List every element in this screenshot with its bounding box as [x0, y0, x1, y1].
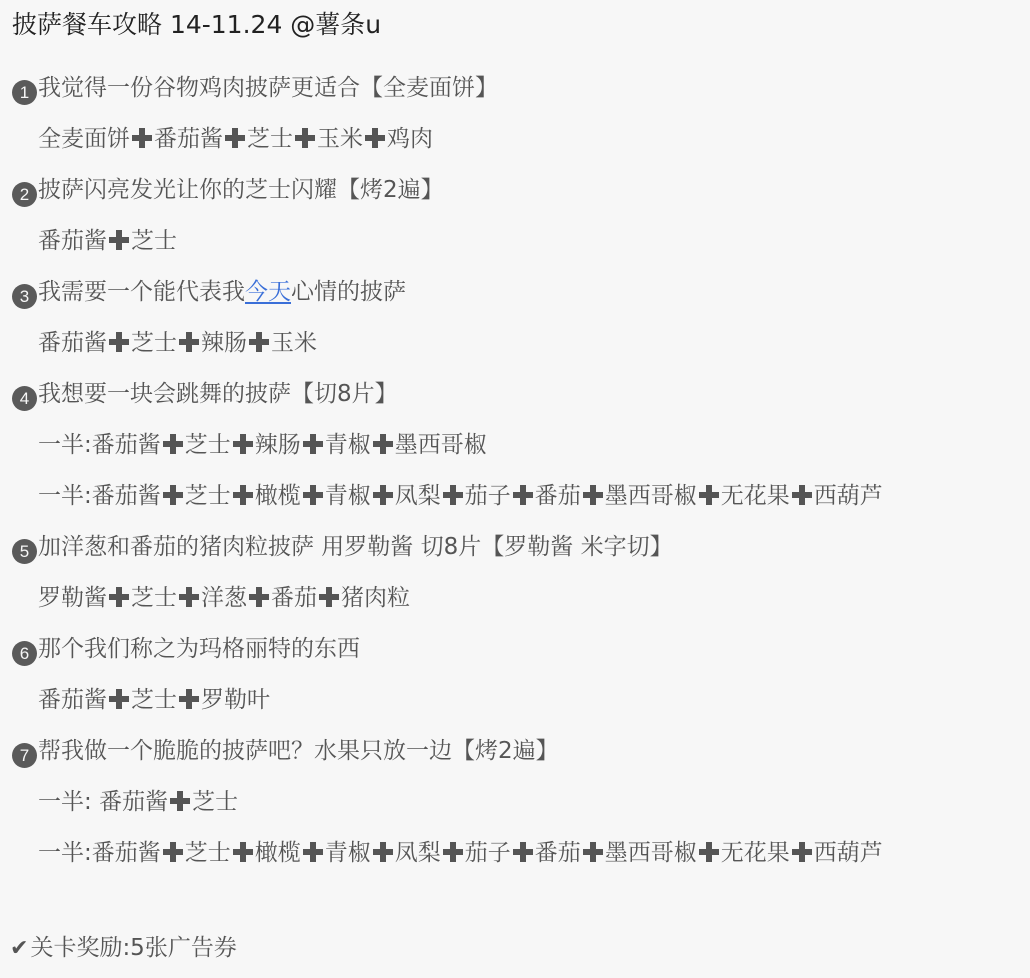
plus-icon [163, 485, 183, 505]
plus-icon [233, 434, 253, 454]
item-heading-2: 2披萨闪亮发光让你的芝士闪耀【烤2遍】 [12, 173, 444, 207]
recipe-line: 一半:番茄酱芝士橄榄青椒凤梨茄子番茄墨西哥椒无花果西葫芦 [38, 836, 883, 870]
plus-icon [699, 842, 719, 862]
ingredient: 玉米 [271, 330, 317, 356]
item-heading-text: 披萨闪亮发光让你的芝士闪耀【烤2遍】 [38, 177, 444, 203]
plus-icon [109, 689, 129, 709]
plus-icon [373, 485, 393, 505]
ingredient: 芝士 [131, 585, 177, 611]
plus-icon [249, 332, 269, 352]
reward-text: 关卡奖励:5张广告券 [30, 935, 236, 961]
item-heading-text: 我需要一个能代表我 [38, 279, 245, 305]
plus-icon [179, 332, 199, 352]
plus-icon [295, 128, 315, 148]
number-7-icon: 7 [12, 743, 37, 768]
item-heading-3: 3我需要一个能代表我今天心情的披萨 [12, 275, 406, 309]
ingredient: 番茄酱 [154, 126, 223, 152]
item-heading-4: 4我想要一块会跳舞的披萨【切8片】 [12, 377, 398, 411]
ingredient: 墨西哥椒 [605, 840, 697, 866]
recipe-line: 番茄酱芝士罗勒叶 [38, 683, 270, 717]
ingredient: 墨西哥椒 [605, 483, 697, 509]
ingredient: 芝士 [131, 330, 177, 356]
item-heading-text: 心情的披萨 [291, 279, 406, 305]
ingredient: 玉米 [317, 126, 363, 152]
ingredient: 番茄 [271, 585, 317, 611]
ingredient: 番茄酱 [38, 330, 107, 356]
ingredient: 辣肠 [255, 432, 301, 458]
item-heading-1: 1我觉得一份谷物鸡肉披萨更适合【全麦面饼】 [12, 71, 498, 105]
plus-icon [583, 842, 603, 862]
ingredient: 凤梨 [395, 483, 441, 509]
number-3-icon: 3 [12, 284, 37, 309]
ingredient: 辣肠 [201, 330, 247, 356]
recipe-line: 番茄酱芝士辣肠玉米 [38, 326, 317, 360]
plus-icon [792, 842, 812, 862]
ingredient: 芝士 [131, 687, 177, 713]
ingredient: 青椒 [325, 840, 371, 866]
plus-icon [513, 842, 533, 862]
recipe-line: 番茄酱芝士 [38, 224, 177, 258]
ingredient: 茄子 [465, 483, 511, 509]
ingredient: 墨西哥椒 [395, 432, 487, 458]
ingredient: 无花果 [721, 840, 790, 866]
plus-icon [303, 842, 323, 862]
ingredient: 芝士 [185, 483, 231, 509]
item-heading-text: 那个我们称之为玛格丽特的东西 [38, 636, 360, 662]
ingredient: 猪肉粒 [341, 585, 410, 611]
ingredient: 芝士 [131, 228, 177, 254]
ingredient: 番茄酱 [92, 432, 161, 458]
ingredient: 西葫芦 [814, 840, 883, 866]
plus-icon [225, 128, 245, 148]
ingredient: 鸡肉 [387, 126, 433, 152]
number-4-icon: 4 [12, 386, 37, 411]
ingredient: 番茄酱 [99, 789, 168, 815]
number-5-icon: 5 [12, 539, 37, 564]
plus-icon [443, 842, 463, 862]
recipe-line: 一半: 番茄酱芝士 [38, 785, 238, 819]
plus-icon [233, 485, 253, 505]
plus-icon [109, 332, 129, 352]
plus-icon [109, 230, 129, 250]
plus-icon [179, 689, 199, 709]
ingredient: 西葫芦 [814, 483, 883, 509]
recipe-line: 全麦面饼番茄酱芝士玉米鸡肉 [38, 122, 433, 156]
plus-icon [792, 485, 812, 505]
ingredient: 芝士 [185, 432, 231, 458]
ingredient: 橄榄 [255, 840, 301, 866]
half-prefix: 一半: [38, 483, 92, 509]
plus-icon [443, 485, 463, 505]
ingredient: 橄榄 [255, 483, 301, 509]
ingredient: 番茄酱 [92, 483, 161, 509]
ingredient: 番茄酱 [92, 840, 161, 866]
plus-icon [583, 485, 603, 505]
check-icon: ✔ [10, 932, 28, 966]
item-heading-text: 帮我做一个脆脆的披萨吧？水果只放一边【烤2遍】 [38, 738, 559, 764]
number-6-icon: 6 [12, 641, 37, 666]
ingredient: 洋葱 [201, 585, 247, 611]
plus-icon [233, 842, 253, 862]
plus-icon [373, 842, 393, 862]
plus-icon [303, 485, 323, 505]
ingredient: 凤梨 [395, 840, 441, 866]
recipe-line: 罗勒酱芝士洋葱番茄猪肉粒 [38, 581, 410, 615]
ingredient: 番茄 [535, 483, 581, 509]
number-2-icon: 2 [12, 182, 37, 207]
item-heading-6: 6那个我们称之为玛格丽特的东西 [12, 632, 360, 666]
plus-icon [365, 128, 385, 148]
ingredient: 青椒 [325, 432, 371, 458]
recipe-line: 一半:番茄酱芝士辣肠青椒墨西哥椒 [38, 428, 487, 462]
item-heading-text: 我想要一块会跳舞的披萨【切8片】 [38, 381, 398, 407]
plus-icon [319, 587, 339, 607]
plus-icon [513, 485, 533, 505]
plus-icon [179, 587, 199, 607]
item-heading-7: 7帮我做一个脆脆的披萨吧？水果只放一边【烤2遍】 [12, 734, 559, 768]
today-link[interactable]: 今天 [245, 279, 291, 305]
ingredient: 青椒 [325, 483, 371, 509]
plus-icon [163, 434, 183, 454]
ingredient: 芝士 [247, 126, 293, 152]
ingredient: 芝士 [192, 789, 238, 815]
ingredient: 全麦面饼 [38, 126, 130, 152]
plus-icon [249, 587, 269, 607]
half-prefix: 一半: [38, 432, 92, 458]
plus-icon [170, 791, 190, 811]
ingredient: 芝士 [185, 840, 231, 866]
ingredient: 番茄 [535, 840, 581, 866]
plus-icon [109, 587, 129, 607]
half-prefix: 一半: [38, 789, 99, 815]
page-title: 披萨餐车攻略 14-11.24 @薯条u [12, 6, 381, 44]
ingredient: 无花果 [721, 483, 790, 509]
ingredient: 番茄酱 [38, 228, 107, 254]
item-heading-5: 5加洋葱和番茄的猪肉粒披萨 用罗勒酱 切8片【罗勒酱 米字切】 [12, 530, 673, 564]
ingredient: 茄子 [465, 840, 511, 866]
reward-line: ✔关卡奖励:5张广告券 [10, 931, 237, 966]
plus-icon [303, 434, 323, 454]
half-prefix: 一半: [38, 840, 92, 866]
number-1-icon: 1 [12, 80, 37, 105]
plus-icon [132, 128, 152, 148]
plus-icon [373, 434, 393, 454]
ingredient: 罗勒叶 [201, 687, 270, 713]
plus-icon [699, 485, 719, 505]
ingredient: 番茄酱 [38, 687, 107, 713]
item-heading-text: 我觉得一份谷物鸡肉披萨更适合【全麦面饼】 [38, 75, 498, 101]
recipe-line: 一半:番茄酱芝士橄榄青椒凤梨茄子番茄墨西哥椒无花果西葫芦 [38, 479, 883, 513]
plus-icon [163, 842, 183, 862]
ingredient: 罗勒酱 [38, 585, 107, 611]
item-heading-text: 加洋葱和番茄的猪肉粒披萨 用罗勒酱 切8片【罗勒酱 米字切】 [38, 534, 673, 560]
